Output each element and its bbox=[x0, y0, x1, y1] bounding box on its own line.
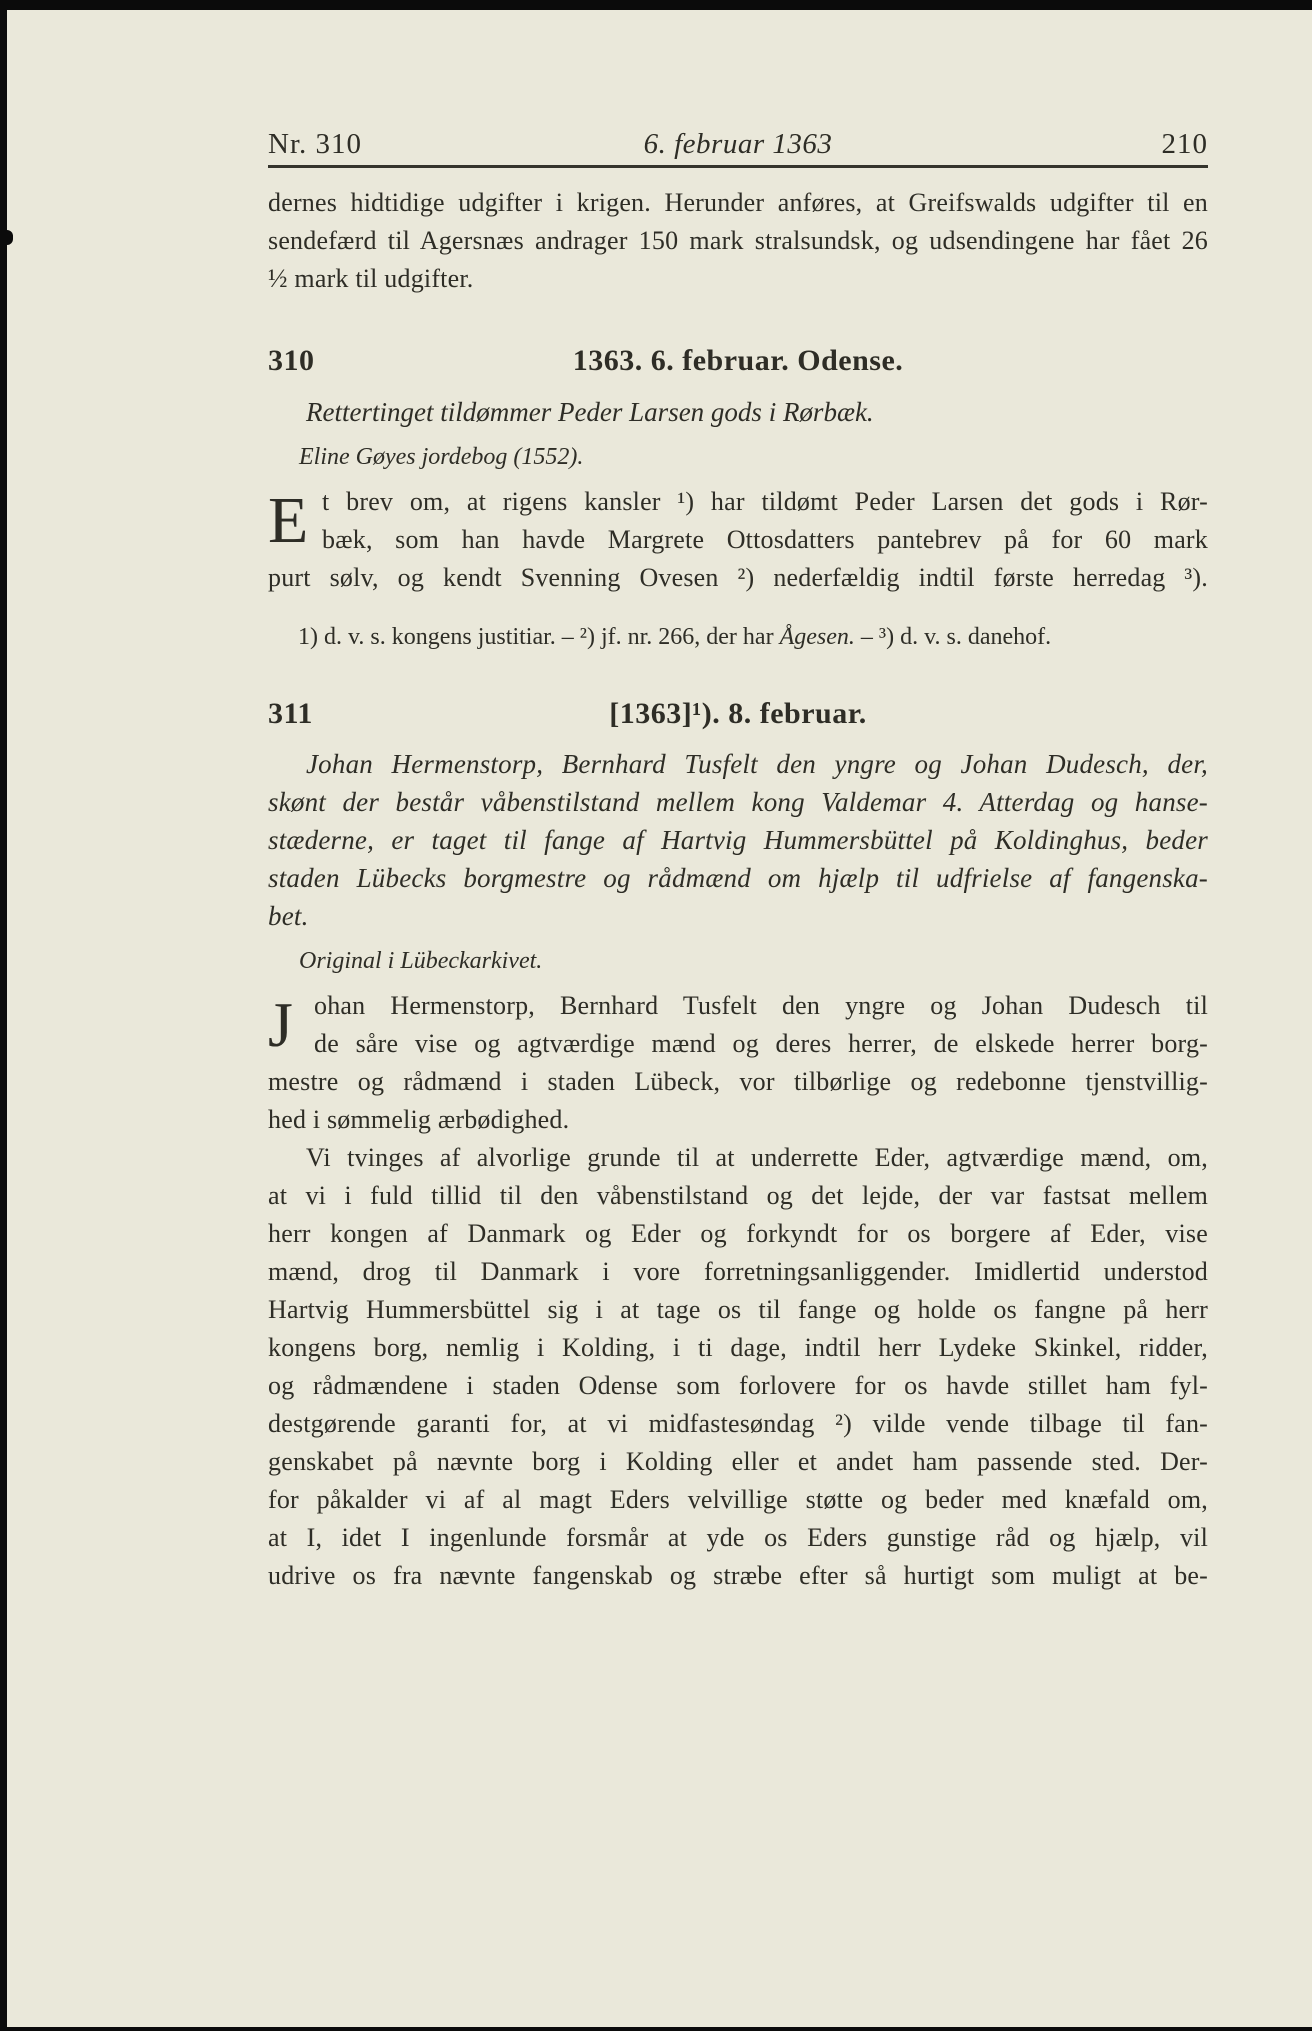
text-line: kongens borg, nemlig i Kolding, i ti dag… bbox=[268, 1329, 1208, 1367]
text-line: sendefærd til Agersnæs andrager 150 mark… bbox=[268, 222, 1208, 260]
drop-cap: E bbox=[268, 483, 322, 559]
text-line: at vi i fuld tillid til den våbenstilsta… bbox=[268, 1177, 1208, 1215]
doc-311-date: [1363]¹). 8. februar. bbox=[609, 697, 867, 731]
doc-310-number: 310 bbox=[268, 344, 573, 378]
doc-310-body: E t brev om, at rigens kansler ¹) har ti… bbox=[268, 483, 1208, 597]
text-line: stæderne, er taget til fange af Hartvig … bbox=[268, 821, 1208, 859]
text-line: mestre og rådmænd i staden Lübeck, vor t… bbox=[268, 1063, 1208, 1101]
text-line: hed i sømmelig ærbødighed. bbox=[268, 1101, 1208, 1139]
text-line: t brev om, at rigens kansler ¹) har tild… bbox=[322, 483, 1208, 521]
page-number: 210 bbox=[1162, 128, 1209, 161]
text-line: og rådmændene i staden Odense som forlov… bbox=[268, 1367, 1208, 1405]
text-line: herr kongen af Danmark og Eder og forkyn… bbox=[268, 1215, 1208, 1253]
running-head: Nr. 310 6. februar 1363 210 bbox=[268, 0, 1208, 161]
text-line: purt sølv, og kendt Svenning Ovesen ²) n… bbox=[268, 559, 1208, 597]
doc-311-number: 311 bbox=[268, 697, 609, 731]
text-line: ½ mark til udgifter. bbox=[268, 260, 1208, 298]
text-line: bet. bbox=[268, 897, 1208, 935]
doc-310-source: Eline Gøyes jordebog (1552). bbox=[268, 441, 1208, 473]
footnote-text: 1) d. v. s. kongens justitiar. – ²) jf. … bbox=[298, 624, 780, 650]
footnote-italic-ref: Ågesen. bbox=[780, 624, 855, 650]
head-rule bbox=[268, 165, 1208, 168]
footnote-text: – ³) d. v. s. danehof. bbox=[855, 624, 1051, 650]
text-line: destgørende garanti for, at vi midfastes… bbox=[268, 1405, 1208, 1443]
text-line: staden Lübecks borgmestre og rådmænd om … bbox=[268, 859, 1208, 897]
running-head-number-ref: Nr. 310 bbox=[268, 128, 362, 161]
text-line: Johan Hermenstorp, Bernhard Tusfelt den … bbox=[268, 745, 1208, 783]
doc-311-body: J ohan Hermenstorp, Bernhard Tusfelt den… bbox=[268, 987, 1208, 1595]
doc-310-heading: 310 1363. 6. februar. Odense. bbox=[268, 344, 1208, 378]
scan-edge-bottom bbox=[0, 2027, 1312, 2031]
text-line: de såre vise og agtværdige mænd og deres… bbox=[314, 1025, 1208, 1063]
running-head-date: 6. februar 1363 bbox=[644, 128, 833, 161]
drop-cap: J bbox=[268, 987, 314, 1063]
scan-edge-left bbox=[0, 0, 7, 2031]
text-line: skønt der består våbenstilstand mellem k… bbox=[268, 783, 1208, 821]
text-line: udrive os fra nævnte fangenskab og stræb… bbox=[268, 1557, 1208, 1595]
doc-311-heading: 311 [1363]¹). 8. februar. bbox=[268, 697, 1208, 731]
doc-310-summary: Rettertinget tildømmer Peder Larsen gods… bbox=[268, 393, 1208, 431]
text-line: ohan Hermenstorp, Bernhard Tusfelt den y… bbox=[314, 987, 1208, 1025]
text-line: at I, idet I ingenlunde forsmår at yde o… bbox=[268, 1519, 1208, 1557]
scanned-book-page: Nr. 310 6. februar 1363 210 dernes hidti… bbox=[0, 0, 1312, 2031]
text-line: genskabet på nævnte borg i Kolding eller… bbox=[268, 1443, 1208, 1481]
doc-311-source: Original i Lübeckarkivet. bbox=[268, 945, 1208, 977]
doc-310-footnotes: 1) d. v. s. kongens justitiar. – ²) jf. … bbox=[268, 621, 1208, 653]
doc-310-date-place: 1363. 6. februar. Odense. bbox=[573, 344, 904, 378]
continuation-paragraph: dernes hidtidige udgifter i krigen. Heru… bbox=[268, 184, 1208, 298]
text-line: mænd, drog til Danmark i vore forretning… bbox=[268, 1253, 1208, 1291]
text-line: for påkalder vi af al magt Eders velvill… bbox=[268, 1481, 1208, 1519]
doc-311-summary: Johan Hermenstorp, Bernhard Tusfelt den … bbox=[268, 745, 1208, 935]
scan-edge-nick bbox=[0, 230, 13, 245]
text-line: Vi tvinges af alvorlige grunde til at un… bbox=[268, 1139, 1208, 1177]
text-line: bæk, som han havde Margrete Ottosdatters… bbox=[322, 521, 1208, 559]
text-line: dernes hidtidige udgifter i krigen. Heru… bbox=[268, 184, 1208, 222]
text-line: Hartvig Hummersbüttel sig i at tage os t… bbox=[268, 1291, 1208, 1329]
page-content: Nr. 310 6. februar 1363 210 dernes hidti… bbox=[268, 0, 1208, 1595]
